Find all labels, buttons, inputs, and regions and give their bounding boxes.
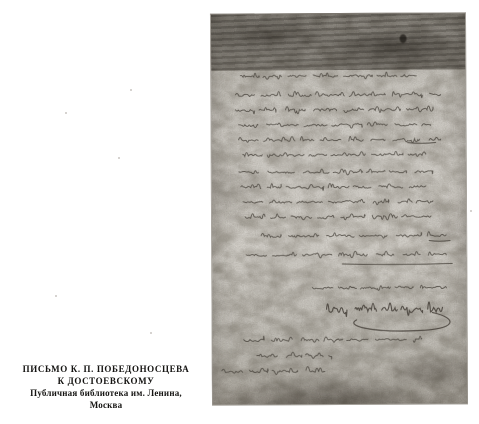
dust-speck — [55, 295, 57, 297]
handwritten-line-body — [243, 199, 433, 206]
dust-speck — [470, 210, 472, 212]
caption-title-line1: ПИСЬМО К. П. ПОБЕДОНОСЦЕВА — [16, 363, 196, 375]
handwritten-line-body — [241, 183, 426, 191]
handwritten-line-body — [239, 136, 441, 144]
handwritten-underline — [429, 240, 450, 241]
handwritten-line-signature — [326, 302, 450, 332]
handwritten-line-ps — [257, 352, 332, 360]
handwritten-line-body — [239, 168, 433, 175]
handwritten-line-body — [243, 151, 426, 157]
handwritten-underline — [342, 263, 452, 264]
caption-source-line1: Публичная библиотека им. Ленина, — [16, 388, 196, 399]
dust-speck — [130, 89, 132, 91]
dust-speck — [118, 157, 120, 159]
handwritten-line-body — [235, 106, 433, 114]
handwritten-line-body — [235, 91, 440, 99]
handwritten-line-ps — [222, 367, 325, 375]
caption-source-line2: Москва — [16, 400, 196, 411]
handwritten-line-ps — [244, 335, 422, 343]
handwritten-line-body — [245, 213, 431, 221]
handwritten-line-body — [246, 251, 446, 258]
handwritten-line-body — [239, 122, 431, 129]
caption: ПИСЬМО К. П. ПОБЕДОНОСЦЕВА К ДОСТОЕВСКОМ… — [16, 363, 196, 411]
handwriting-svg — [211, 13, 467, 404]
dust-speck — [65, 112, 67, 114]
photo-dark-band-bottom — [211, 13, 465, 70]
dust-speck — [150, 332, 152, 334]
handwritten-underline — [408, 142, 436, 143]
handwritten-line-body — [261, 232, 446, 239]
caption-title-line2: К ДОСТОЕВСКОМУ — [16, 375, 196, 387]
handwritten-line-closing — [312, 285, 446, 291]
letter-photograph — [210, 12, 468, 405]
handwritten-line-body — [240, 72, 416, 79]
